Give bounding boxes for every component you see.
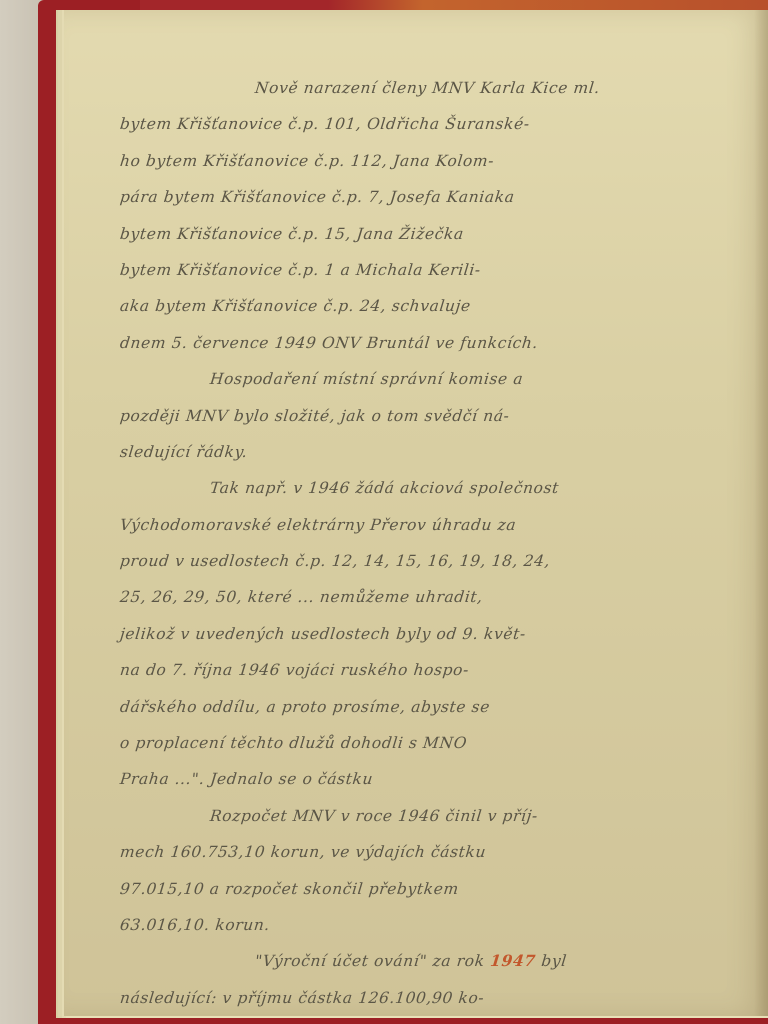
text-line: bytem Křišťanovice č.p. 1 a Michala Keri… (118, 252, 682, 288)
text-line: pára bytem Křišťanovice č.p. 7, Josefa K… (118, 179, 682, 215)
text-segment: "Výroční účet ování" za rok (254, 952, 486, 970)
text-line: dářského oddílu, a proto prosíme, abyste… (118, 689, 682, 725)
text-line: Rozpočet MNV v roce 1946 činil v příj- (118, 798, 682, 834)
text-line: "Výroční účet ování" za rok 1947 byl (118, 943, 682, 979)
text-line: sledující řádky. (118, 434, 682, 470)
highlighted-year: 1947 (489, 951, 537, 970)
text-line: jelikož v uvedených usedlostech byly od … (118, 616, 682, 652)
text-segment: byl (540, 952, 567, 970)
text-line: Hospodaření místní správní komise a (118, 361, 682, 397)
text-line: bytem Křišťanovice č.p. 15, Jana Žižečka (118, 216, 682, 252)
background-surface (0, 0, 42, 1024)
manuscript-text: Nově narazení členy MNV Karla Kice ml. b… (120, 70, 680, 1016)
text-line: na do 7. října 1946 vojáci ruského hospo… (118, 652, 682, 688)
text-line: bytem Křišťanovice č.p. 101, Oldřicha Šu… (118, 106, 682, 142)
text-line: Praha ...". Jednalo se o částku (118, 761, 682, 797)
text-line: 63.016,10. korun. (118, 907, 682, 943)
book-cover-top-edge (140, 0, 768, 10)
text-line: Východomoravské elektrárny Přerov úhradu… (118, 507, 682, 543)
text-line: Tak např. v 1946 žádá akciová společnost (118, 470, 682, 506)
text-line: následující: v příjmu částka 126.100,90 … (118, 980, 682, 1016)
text-line: později MNV bylo složité, jak o tom svěd… (118, 398, 682, 434)
text-line: ho bytem Křišťanovice č.p. 112, Jana Kol… (118, 143, 682, 179)
text-line: Nově narazení členy MNV Karla Kice ml. (118, 70, 682, 106)
text-line: aka bytem Křišťanovice č.p. 24, schvaluj… (118, 288, 682, 324)
text-line: 97.015,10 a rozpočet skončil přebytkem (118, 871, 682, 907)
page-shadow (754, 10, 768, 1016)
text-line: 25, 26, 29, 50, které ... nemůžeme uhrad… (118, 579, 682, 615)
text-line: dnem 5. července 1949 ONV Bruntál ve fun… (118, 325, 682, 361)
text-line: o proplacení těchto dlužů dohodli s MNO (118, 725, 682, 761)
text-line: proud v usedlostech č.p. 12, 14, 15, 16,… (118, 543, 682, 579)
text-line: mech 160.753,10 korun, ve výdajích částk… (118, 834, 682, 870)
